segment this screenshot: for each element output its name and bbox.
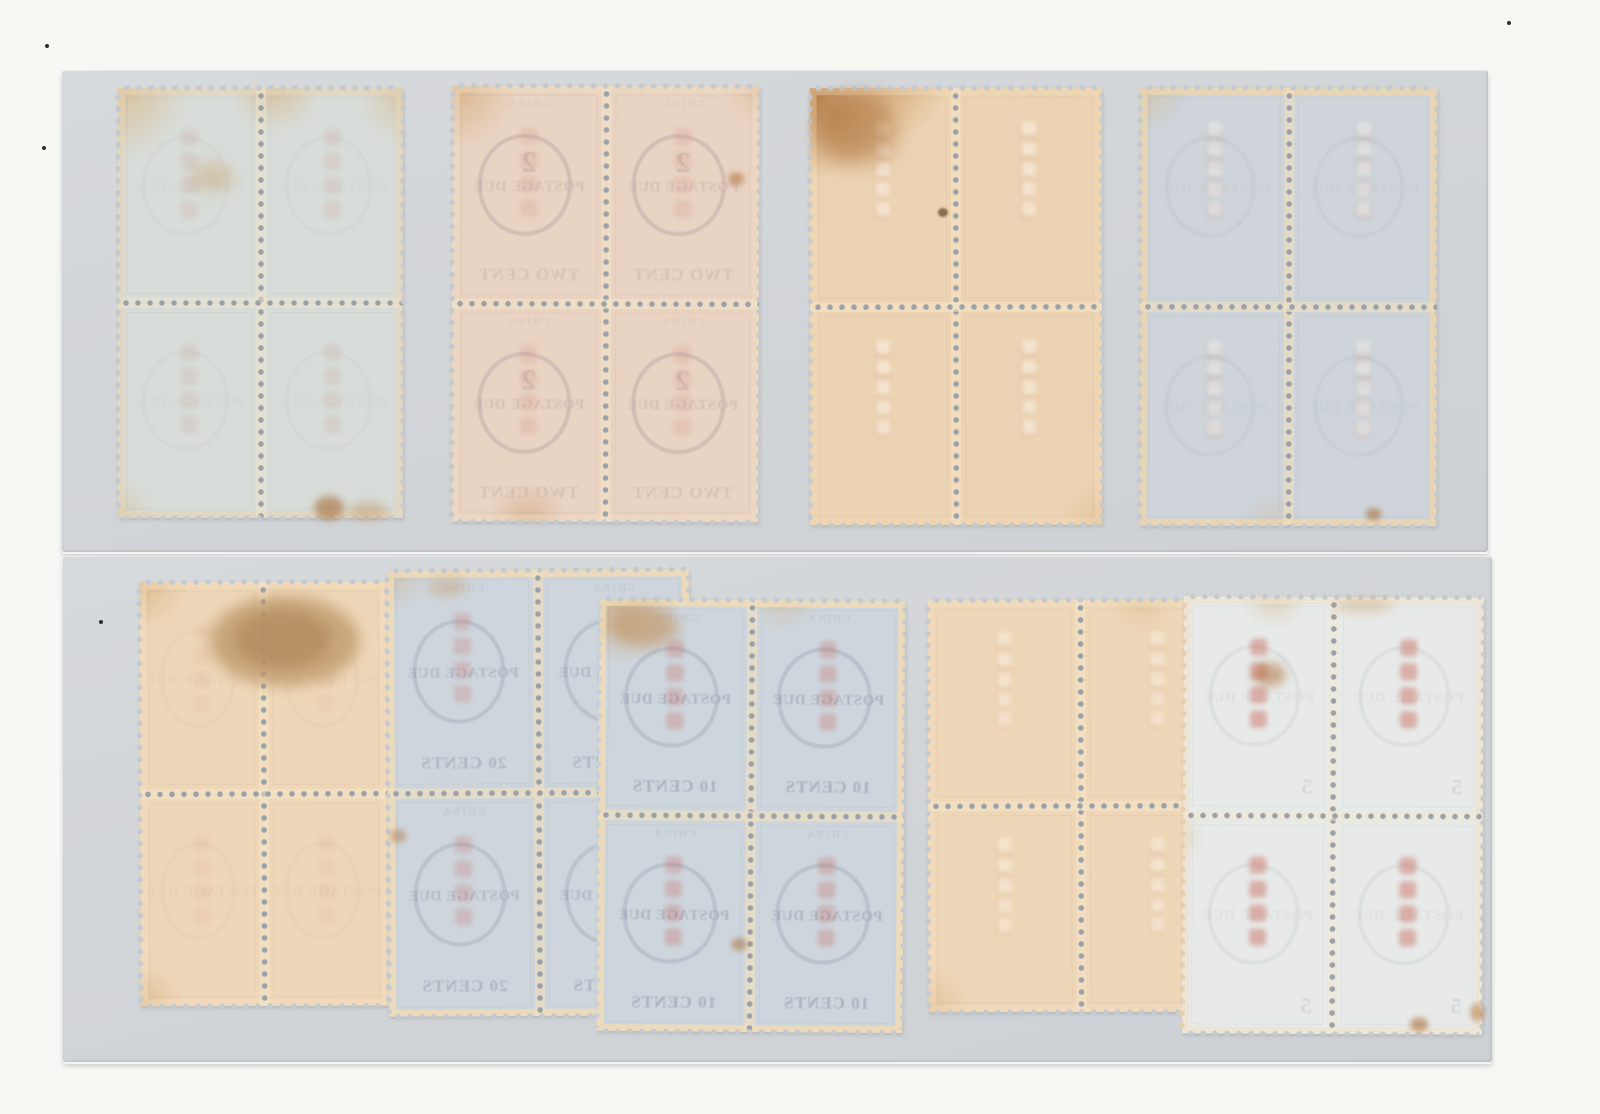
stamp-grid: POSTAGE DUEPOSTAGE DUEPOSTAGE DUEPOSTAGE… [1140,88,1438,527]
red-overprint-character-blob [194,835,211,852]
embossed-character-column [1207,340,1221,434]
stamp: CHINAPOSTAGE DUE20 CENTS [387,570,539,794]
stamp-art-mirrored: CHINAPOSTAGE DUETWO CENT2 [459,93,599,297]
stamp-art-mirrored: POSTAGE DUE [1147,314,1282,519]
showthrough-china-text: CHINA [613,99,753,110]
red-overprint-character-blob [674,176,691,193]
red-overprint-column [674,128,691,217]
red-overprint-character-blob [520,393,537,410]
embossed-character-blob [1022,141,1036,155]
toning-stain [1366,508,1382,520]
stamp-grid: POSTAGE DUE5POSTAGE DUE5POSTAGE DUE5POST… [1182,596,1484,1034]
stamp: POSTAGE DUE5 [1183,596,1334,815]
red-overprint-character-blob [455,860,472,877]
red-overprint-character-blob [667,641,684,658]
showthrough-china-text: CHINA [759,613,898,625]
red-overprint-character-blob [323,368,340,385]
red-overprint-character-blob [323,201,340,218]
embossed-character-blob [876,162,890,176]
red-overprint-character-blob [667,665,684,682]
embossed-character-blob [997,692,1011,706]
red-overprint-character-blob [1250,710,1267,727]
red-overprint-character-blob [666,857,683,874]
stamp-art-mirrored: POSTAGE DUE5 [1189,822,1326,1027]
toning-stain [390,829,406,843]
stamp-block-2: CHINAPOSTAGE DUETWO CENT2CHINAPOSTAGE DU… [451,86,759,523]
red-overprint-column [1249,857,1266,946]
showthrough-denomination-text: TWO CENT [613,265,753,285]
showthrough-denomination-text: TWO CENT [459,264,599,284]
stamp-art-mirrored [935,813,1074,1005]
stamp-art-mirrored: CHINAPOSTAGE DUE10 CENTS [604,822,744,1025]
red-overprint-character-blob [181,344,198,361]
stamp-art-mirrored: POSTAGE DUE5 [1340,604,1477,809]
dust-speck [99,620,103,624]
embossed-character-blob [1207,420,1221,434]
red-overprint-character-blob [665,929,682,946]
embossed-character-column [1150,838,1164,932]
red-overprint-column [455,836,472,925]
red-overprint-character-blob [194,907,211,924]
red-overprint-character-blob [323,344,340,361]
red-overprint-column [520,127,537,216]
stamp-block-4: POSTAGE DUEPOSTAGE DUEPOSTAGE DUEPOSTAGE… [1140,88,1438,527]
red-overprint-character-blob [456,908,473,925]
stamp-art-mirrored: POSTAGE DUE [1147,95,1282,300]
stamp-block-7: CHINAPOSTAGE DUE10 CENTSCHINAPOSTAGE DUE… [596,599,905,1033]
stamp: POSTAGE DUE [1288,307,1437,526]
stamp: POSTAGE DUE [140,794,265,1006]
embossed-character-blob [1207,360,1221,374]
red-overprint-character-blob [455,884,472,901]
embossed-character-blob [876,182,890,196]
stamp: POSTAGE DUE [1140,88,1289,307]
embossed-character-blob [997,712,1011,726]
embossed-character-column [1022,121,1036,215]
red-overprint-column [323,129,340,218]
showthrough-denomination-text: TWO CENT [612,483,752,503]
toning-stain [427,576,467,596]
red-overprint-character-blob [455,836,472,853]
stamp [956,306,1102,525]
showthrough-denomination-text: 10 CENTS [758,777,897,798]
red-overprint-character-blob [181,368,198,385]
embossed-character-blob [1022,400,1036,414]
red-overprint-character-blob [181,129,198,146]
red-overprint-character-blob [323,177,340,194]
red-overprint-character-blob [323,129,340,146]
embossed-character-blob [1208,121,1222,135]
red-overprint-character-blob [1249,905,1266,922]
stamp-art-mirrored: CHINAPOSTAGE DUETWO CENT2 [458,311,598,515]
red-overprint-character-blob [520,199,537,216]
red-overprint-character-blob [820,666,837,683]
toning-stain [190,162,234,192]
stamp: POSTAGE DUE [1289,88,1438,307]
red-overprint-character-blob [674,200,691,217]
showthrough-value-digit: 5 [1451,775,1462,801]
red-overprint-character-blob [193,623,210,640]
showthrough-denomination-text: 10 CENTS [757,993,896,1014]
red-overprint-character-blob [820,690,837,707]
embossed-character-blob [1022,121,1036,135]
embossed-character-blob [1207,380,1221,394]
stamp: CHINAPOSTAGE DUE10 CENTS [749,816,904,1033]
stamp-art-mirrored: POSTAGE DUE [147,801,258,999]
embossed-character-blob [876,380,890,394]
red-overprint-character-blob [1399,930,1416,947]
stamp: POSTAGE DUE [261,303,404,518]
embossed-character-column [876,340,890,434]
red-overprint-column [820,642,838,731]
embossed-character-blob [1356,182,1370,196]
red-overprint-character-blob [194,859,211,876]
red-overprint-character-blob [181,392,198,409]
stamp: POSTAGE DUE [264,794,389,1006]
embossed-character-blob [998,918,1012,932]
red-overprint-character-blob [667,713,684,730]
embossed-character-blob [1150,712,1164,726]
stamp-block-1: POSTAGE DUEPOSTAGE DUEPOSTAGE DUEPOSTAGE… [118,88,403,518]
embossed-character-blob [1356,361,1370,375]
embossed-character-blob [1149,632,1163,646]
red-overprint-character-blob [454,685,471,702]
red-overprint-character-blob [820,714,837,731]
showthrough-china-text: CHINA [612,317,752,328]
red-overprint-column [520,345,537,434]
red-overprint-character-blob [820,642,837,659]
red-overprint-character-blob [818,906,835,923]
toning-stain [731,938,747,951]
stamp-art-mirrored [817,314,949,519]
red-overprint-character-blob [193,647,210,664]
stamp-art-mirrored: POSTAGE DUE [1296,95,1431,300]
embossed-character-blob [1207,340,1221,354]
red-overprint-character-blob [323,153,340,170]
embossed-character-blob [997,898,1011,912]
red-overprint-character-blob [520,417,537,434]
red-overprint-character-blob [674,370,691,387]
stamp-block-3 [810,88,1103,526]
red-overprint-column [818,858,836,947]
embossed-character-column [1356,122,1370,216]
red-overprint-character-blob [1400,663,1417,680]
embossed-character-column [1207,121,1221,215]
stamp-art-mirrored: CHINAPOSTAGE DUE20 CENTS [395,800,533,1010]
red-overprint-character-blob [521,127,538,144]
red-overprint-character-blob [181,201,198,218]
stamp: POSTAGE DUE5 [1332,816,1483,1035]
red-overprint-character-blob [1399,906,1416,923]
red-overprint-character-blob [520,345,537,362]
stamp-art-mirrored: CHINAPOSTAGE DUE10 CENTS [758,607,898,810]
stamp: CHINAPOSTAGE DUE10 CENTS [596,815,751,1032]
stamp-scan-photo: POSTAGE DUEPOSTAGE DUEPOSTAGE DUEPOSTAGE… [0,0,1600,1114]
red-overprint-column [673,346,690,435]
showthrough-china-text: CHINA [395,806,532,818]
embossed-character-blob [1149,692,1163,706]
stamp-block-5: POSTAGE DUEPOSTAGE DUEPOSTAGE DUEPOSTAGE… [139,582,388,1007]
red-overprint-character-blob [193,671,210,688]
stamp-art-mirrored: POSTAGE DUE [125,310,254,511]
showthrough-value-digit: 5 [1301,774,1312,800]
embossed-character-blob [1356,162,1370,176]
showthrough-denomination-text: 10 CENTS [605,776,744,797]
stamp: POSTAGE DUE [261,88,404,303]
embossed-character-blob [876,340,890,354]
stamp-art-mirrored: POSTAGE DUE5 [1190,603,1327,808]
red-overprint-character-blob [1249,857,1266,874]
stamp: CHINAPOSTAGE DUE10 CENTS [751,600,906,817]
red-overprint-character-blob [1249,881,1266,898]
stamp-art-mirrored: CHINAPOSTAGE DUETWO CENT2 [612,311,752,515]
red-overprint-character-blob [194,883,211,900]
red-overprint-character-blob [454,637,471,654]
stamp-block-9: POSTAGE DUE5POSTAGE DUE5POSTAGE DUE5POST… [1182,596,1484,1034]
stamp: POSTAGE DUE5 [1182,815,1333,1034]
red-overprint-character-blob [818,882,835,899]
stamp-grid: CHINAPOSTAGE DUE10 CENTSCHINAPOSTAGE DUE… [596,599,905,1033]
showthrough-denomination-text: 20 CENTS [395,754,532,775]
red-overprint-column [1399,858,1416,947]
showthrough-denomination-text: 10 CENTS [604,992,743,1013]
toning-stain [314,496,344,520]
red-overprint-character-blob [1399,882,1416,899]
stamp: CHINAPOSTAGE DUE20 CENTS [388,793,540,1017]
red-overprint-character-blob [673,418,690,435]
toning-stain [234,610,329,668]
stamp: POSTAGE DUE [118,303,261,518]
red-overprint-character-blob [674,152,691,169]
red-overprint-character-blob [317,694,334,711]
embossed-character-blob [1022,340,1036,354]
toning-stain [1334,599,1394,613]
red-overprint-character-blob [318,906,335,923]
toning-stain [818,94,898,164]
embossed-character-blob [997,672,1011,686]
showthrough-china-text: CHINA [460,99,600,110]
stamp-art-mirrored: CHINAPOSTAGE DUE20 CENTS [394,577,532,787]
embossed-character-blob [1356,381,1370,395]
embossed-character-blob [997,858,1011,872]
toning-stain [348,502,388,520]
dust-speck [42,146,46,150]
red-overprint-column [323,344,340,433]
red-overprint-character-blob [667,689,684,706]
embossed-character-blob [1022,161,1036,175]
red-overprint-character-blob [665,905,682,922]
embossed-character-blob [1150,838,1164,852]
red-overprint-character-blob [323,416,340,433]
embossed-character-blob [1022,360,1036,374]
embossed-character-blob [1022,420,1036,434]
red-overprint-character-blob [454,613,471,630]
embossed-character-blob [1150,878,1164,892]
embossed-character-blob [1207,400,1221,414]
embossed-character-column [997,632,1011,726]
red-overprint-character-blob [1250,638,1267,655]
embossed-character-column [1022,340,1036,434]
stamp: CHINAPOSTAGE DUETWO CENT2 [606,86,760,304]
red-overprint-character-blob [665,881,682,898]
embossed-character-blob [1356,341,1370,355]
toning-stain [1470,1004,1484,1022]
stamp-art-mirrored [934,607,1073,799]
stamp-art-mirrored: CHINAPOSTAGE DUETWO CENT2 [613,93,753,297]
red-overprint-column [193,623,210,712]
embossed-character-blob [1022,181,1036,195]
embossed-character-blob [997,652,1011,666]
showthrough-china-text: CHINA [605,828,744,840]
embossed-character-blob [1150,898,1164,912]
stamp: CHINAPOSTAGE DUETWO CENT2 [451,304,605,522]
red-overprint-column [194,835,211,924]
red-overprint-column [181,344,198,433]
red-overprint-character-blob [193,695,210,712]
red-overprint-character-blob [819,858,836,875]
stamp [956,88,1102,307]
red-overprint-character-blob [318,882,335,899]
stamp-art-mirrored: POSTAGE DUE [125,95,254,296]
showthrough-china-text: CHINA [459,317,599,328]
red-overprint-column [665,857,683,946]
embossed-character-blob [997,632,1011,646]
toning-stain [609,607,679,647]
red-overprint-character-blob [1399,858,1416,875]
stamp-art-mirrored: CHINAPOSTAGE DUE10 CENTS [757,823,897,1026]
dust-speck [1507,21,1511,25]
stamp-grid: CHINAPOSTAGE DUETWO CENT2CHINAPOSTAGE DU… [451,86,759,523]
showthrough-value-digit: 5 [1301,993,1312,1019]
red-overprint-column [454,613,471,702]
stamp-art-mirrored: POSTAGE DUE [268,310,397,511]
red-overprint-column [667,641,685,730]
embossed-character-blob [1149,652,1163,666]
toning-stain [1254,663,1286,687]
red-overprint-character-blob [1400,711,1417,728]
embossed-character-blob [997,838,1011,852]
stamp: CHINAPOSTAGE DUETWO CENT2 [605,304,759,522]
red-overprint-character-blob [674,346,691,363]
embossed-character-blob [1208,141,1222,155]
embossed-character-blob [876,202,890,216]
red-overprint-character-blob [521,175,538,192]
red-overprint-character-blob [520,369,537,386]
stamp [927,600,1080,806]
stamp-art-mirrored: POSTAGE DUE [271,801,382,999]
dust-speck [45,44,49,48]
embossed-character-blob [1207,181,1221,195]
red-overprint-character-blob [818,930,835,947]
embossed-character-blob [876,400,890,414]
red-overprint-character-blob [318,858,335,875]
embossed-character-blob [1356,401,1370,415]
red-overprint-character-blob [1249,929,1266,946]
embossed-character-blob [1022,380,1036,394]
embossed-character-blob [1207,161,1221,175]
toning-stain [1410,1017,1428,1031]
stamp [810,307,956,526]
stamp-art-mirrored: POSTAGE DUE [268,95,397,296]
embossed-character-blob [1022,201,1036,215]
red-overprint-character-blob [318,834,335,851]
red-overprint-character-blob [181,416,198,433]
stamp: POSTAGE DUE [118,88,261,303]
embossed-character-blob [1356,142,1370,156]
showthrough-denomination-text: TWO CENT [458,482,598,502]
embossed-character-blob [1150,858,1164,872]
stamp-art-mirrored [963,95,1095,300]
stamp-art-mirrored: POSTAGE DUE5 [1339,823,1476,1028]
stamp [928,806,1081,1012]
stamp: CHINAPOSTAGE DUETWO CENT2 [452,86,606,304]
red-overprint-character-blob [1400,687,1417,704]
red-overprint-character-blob [323,392,340,409]
showthrough-value-digit: 5 [1451,993,1462,1019]
toning-stain [728,172,744,185]
red-overprint-column [318,834,335,923]
embossed-character-blob [1149,672,1163,686]
stamp-art-mirrored [963,313,1095,518]
embossed-character-blob [1356,122,1370,136]
red-overprint-character-blob [673,394,690,411]
red-overprint-character-blob [521,151,538,168]
stamp: POSTAGE DUE [1140,307,1289,526]
embossed-character-blob [876,420,890,434]
embossed-character-column [1149,632,1163,726]
showthrough-china-text: CHINA [758,829,897,841]
red-overprint-character-blob [454,661,471,678]
stamp: POSTAGE DUE5 [1333,597,1484,816]
embossed-character-blob [1207,201,1221,215]
stamp-art-mirrored: POSTAGE DUE [1295,314,1430,519]
red-overprint-character-blob [1250,686,1267,703]
red-overprint-character-blob [1400,639,1417,656]
red-overprint-column [1400,639,1417,728]
embossed-character-column [1356,341,1370,435]
embossed-character-blob [997,878,1011,892]
embossed-character-blob [1356,421,1370,435]
embossed-character-blob [1150,918,1164,932]
stamp-grid: POSTAGE DUEPOSTAGE DUEPOSTAGE DUEPOSTAGE… [118,88,403,518]
embossed-character-column [997,838,1011,932]
toning-stain [938,208,948,217]
embossed-character-blob [876,360,890,374]
red-overprint-character-blob [674,128,691,145]
showthrough-china-text: CHINA [545,583,682,595]
showthrough-denomination-text: 20 CENTS [396,977,533,998]
embossed-character-blob [1356,202,1370,216]
